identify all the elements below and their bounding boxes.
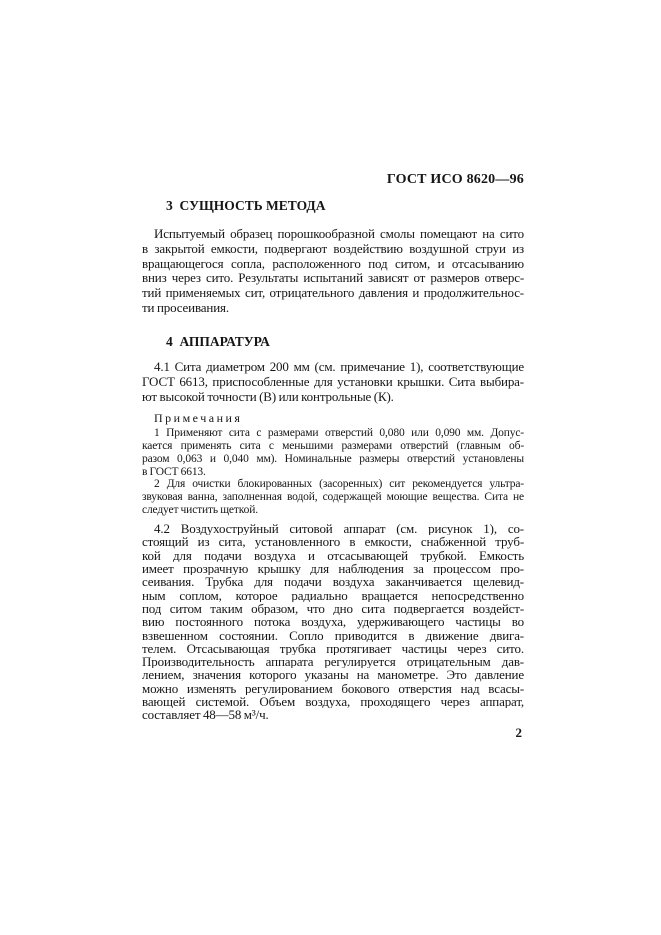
section-3-paragraph-line-6: ти просеивания. — [142, 301, 524, 316]
clause-4-2-paragraph-line-9: взвешенном состоянии. Сопло приводится в… — [142, 629, 524, 642]
note-1-line-2: кается применять сита с меньшими размера… — [142, 440, 524, 453]
clause-4-1-paragraph: 4.1 Сита диаметром 200 мм (см. примечани… — [142, 359, 524, 404]
notes-heading: Примечания — [142, 412, 524, 425]
section-3-heading: 3 СУЩНОСТЬ МЕТОДА — [142, 199, 524, 213]
note-1-line-3: разом 0,063 и 0,040 мм). Номинальные раз… — [142, 453, 524, 466]
clause-4-2-paragraph-line-2: стоящий из сита, установленного в емкост… — [142, 535, 524, 548]
page-number: 2 — [142, 726, 524, 740]
document-text-block: ГОСТ ИСО 8620—96 3 СУЩНОСТЬ МЕТОДАИспыту… — [142, 172, 524, 740]
note-1-line-4: в ГОСТ 6613. — [142, 466, 524, 479]
clause-4-2-paragraph-line-5: сеивания. Трубка для подачи воздуха зака… — [142, 575, 524, 588]
section-3-paragraph-line-3: вращающегося сопла, расположенного под с… — [142, 257, 524, 272]
section-3-paragraph-line-4: вниз через сито. Результаты испытаний за… — [142, 271, 524, 286]
note-2-line-3: следует чистить щеткой. — [142, 504, 524, 517]
standard-designation-header: ГОСТ ИСО 8620—96 — [142, 172, 524, 187]
clause-4-2-paragraph-line-10: телем. Отсасывающая трубка протягивает ч… — [142, 642, 524, 655]
clause-4-2-paragraph-line-4: имеет прозрачную крышку для наблюдения з… — [142, 562, 524, 575]
section-3-paragraph-line-5: тий применяемых сит, отрицательного давл… — [142, 286, 524, 301]
note-1: 1 Применяют сита с размерами отверстий 0… — [142, 427, 524, 479]
clause-4-2-paragraph-line-1: 4.2 Воздухоструйный ситовой аппарат (см.… — [142, 522, 524, 535]
clause-4-1-paragraph-line-1: 4.1 Сита диаметром 200 мм (см. примечани… — [142, 359, 524, 374]
clause-4-1-paragraph-line-2: ГОСТ 6613, приспособленные для установки… — [142, 374, 524, 389]
note-2-line-2: звуковая ванна, заполненная водой, содер… — [142, 491, 524, 504]
clause-4-2-paragraph-line-3: кой для подачи воздуха и отсасывающей тр… — [142, 549, 524, 562]
note-2: 2 Для очистки блокированных (засоренных)… — [142, 478, 524, 517]
document-blocks: 3 СУЩНОСТЬ МЕТОДАИспытуемый образец поро… — [142, 199, 524, 722]
clause-4-2-paragraph-line-13: можно изменять регулированием бокового о… — [142, 682, 524, 695]
clause-4-2-paragraph-line-8: вию постоянного потока воздуха, удержива… — [142, 615, 524, 628]
note-1-line-1: 1 Применяют сита с размерами отверстий 0… — [142, 427, 524, 440]
clause-4-2-paragraph: 4.2 Воздухоструйный ситовой аппарат (см.… — [142, 522, 524, 721]
document-page: ГОСТ ИСО 8620—96 3 СУЩНОСТЬ МЕТОДАИспыту… — [0, 0, 661, 935]
clause-4-2-paragraph-line-7: под ситом таким образом, что дно сита по… — [142, 602, 524, 615]
clause-4-2-paragraph-line-12: лением, значения которого указаны на ман… — [142, 668, 524, 681]
clause-4-2-paragraph-line-15: составляет 48—58 м³/ч. — [142, 708, 524, 721]
section-3-paragraph-line-1: Испытуемый образец порошкообразной смолы… — [142, 227, 524, 242]
clause-4-2-paragraph-line-11: Производительность аппарата регулируется… — [142, 655, 524, 668]
clause-4-2-paragraph-line-6: ным соплом, которое радиально вращается … — [142, 589, 524, 602]
note-2-line-1: 2 Для очистки блокированных (засоренных)… — [142, 478, 524, 491]
section-3-paragraph-line-2: в закрытой емкости, подвергают воздейств… — [142, 242, 524, 257]
section-4-heading: 4 АППАРАТУРА — [142, 335, 524, 349]
section-3-paragraph: Испытуемый образец порошкообразной смолы… — [142, 227, 524, 316]
clause-4-2-paragraph-line-14: вающей системой. Объем воздуха, проходящ… — [142, 695, 524, 708]
clause-4-1-paragraph-line-3: ют высокой точности (В) или контрольные … — [142, 389, 524, 404]
